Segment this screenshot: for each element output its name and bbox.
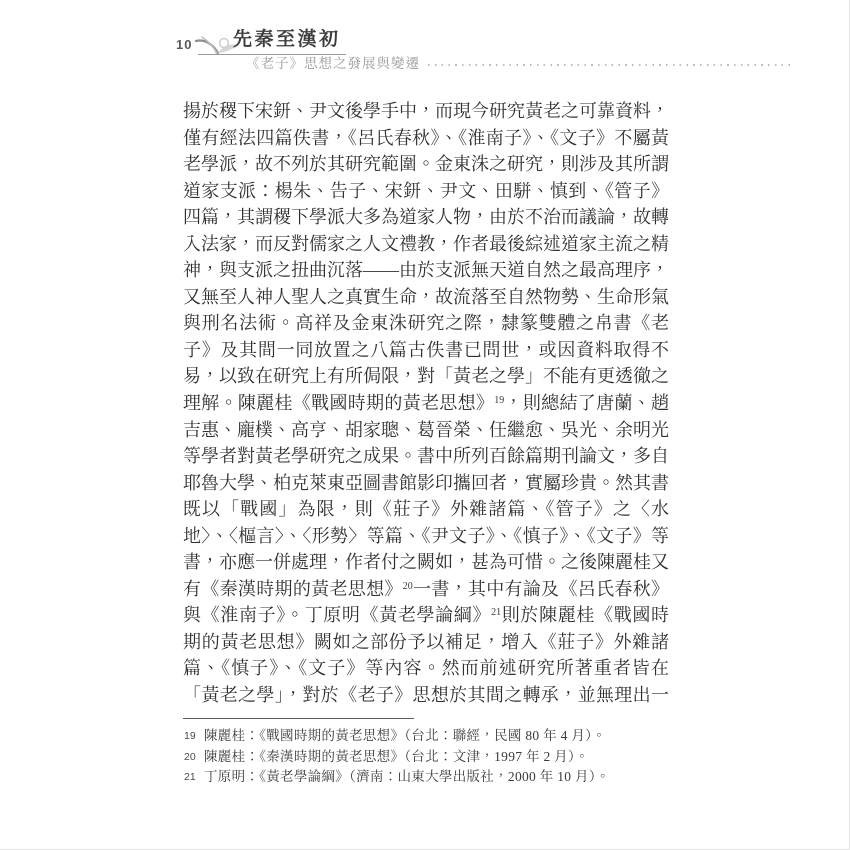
body-text-line: 地〉、〈樞言〉、〈形勢〉等篇、《尹文子》、《慎子》、《文子》等 — [183, 523, 669, 550]
chapter-title: 先秦至漢初 — [233, 29, 341, 51]
body-text-line: 等學者對黃老學研究之成果。書中所列百餘篇期刊論文，多自 — [183, 443, 669, 470]
body-text-line: 神，與支派之扭曲沉落——由於支派無天道自然之最高理序， — [183, 257, 669, 284]
dotted-leader-rule — [428, 64, 794, 66]
page-number: 10 — [176, 37, 192, 52]
book-subtitle: 《老子》思想之發展與變遷 — [246, 56, 420, 72]
footnote-separator-rule — [183, 718, 414, 719]
footnote-text: 丁原明：《黃老學論綱》（濟南：山東大學出版社，2000 年 10 月）。 — [204, 767, 684, 788]
body-text-line: 子》及其間一同放置之八篇古佚書已問世，或因資料取得不 — [183, 337, 669, 364]
footnotes-block: 19陳麗桂：《戰國時期的黃老思想》（台北：聯經，民國 80 年 4 月）。20陳… — [184, 726, 684, 788]
footnote-row: 21丁原明：《黃老學論綱》（濟南：山東大學出版社，2000 年 10 月）。 — [184, 767, 684, 788]
footnote-number: 21 — [184, 767, 204, 788]
footnote-reference: 19 — [494, 395, 504, 406]
body-text-line: 書，亦應一併處理，作者付之闕如，甚為可惜。之後陳麗桂又 — [183, 549, 669, 576]
body-text-line: 有《秦漢時期的黃老思想》20一書，其中有論及《呂氏春秋》 — [183, 576, 669, 603]
body-text-line: 易，以致在研究上有所侷限，對「黃老之學」不能有更透徹之 — [183, 363, 669, 390]
body-text-line: 篇、《慎子》、《文子》等內容。然而前述研究所著重者皆在 — [183, 655, 669, 682]
footnote-text: 陳麗桂：《秦漢時期的黃老思想》（台北：文津，1997 年 2 月）。 — [204, 747, 684, 768]
footnote-reference: 21 — [491, 607, 501, 618]
body-text-line: 既以「戰國」為限，則《莊子》外雜諸篇、《管子》之〈水 — [183, 496, 669, 523]
body-text-line: 四篇，其謂稷下學派大多為道家人物，由於不治而議論，故轉 — [183, 204, 669, 231]
body-text-line: 耶魯大學、柏克萊東亞圖書館影印攜回者，實屬珍貴。然其書 — [183, 470, 669, 497]
body-text-line: 吉惠、龐樸、高亨、胡家聰、葛晉榮、任繼愈、吳光、余明光 — [183, 417, 669, 444]
body-text-block: 揚於稷下宋鈃、尹文後學手中，而現今研究黃老之可靠資料，僅有經法四篇佚書，《呂氏春… — [183, 98, 669, 709]
footnote-reference: 20 — [403, 581, 413, 592]
title-underline-rule — [198, 54, 346, 55]
footnote-number: 19 — [184, 726, 204, 747]
book-page: 10 先秦至漢初 《老子》思想之發展與變遷 揚於稷下宋鈃、尹文後學手中，而現今研… — [0, 0, 850, 850]
footnote-row: 20陳麗桂：《秦漢時期的黃老思想》（台北：文津，1997 年 2 月）。 — [184, 747, 684, 768]
footnote-number: 20 — [184, 747, 204, 768]
body-text-line: 理解。陳麗桂《戰國時期的黃老思想》19，則總結了唐蘭、趙 — [183, 390, 669, 417]
footnote-text: 陳麗桂：《戰國時期的黃老思想》（台北：聯經，民國 80 年 4 月）。 — [204, 726, 684, 747]
body-text-line: 揚於稷下宋鈃、尹文後學手中，而現今研究黃老之可靠資料， — [183, 98, 669, 125]
body-text-line: 老學派，故不列於其研究範圍。金東洙之研究，則涉及其所謂 — [183, 151, 669, 178]
body-text-line: 與刑名法術。高祥及金東洙研究之際，隸篆雙體之帛書《老 — [183, 310, 669, 337]
body-text-line: 期的黃老思想》闕如之部份予以補足，增入《莊子》外雜諸 — [183, 629, 669, 656]
body-text-line: 入法家，而反對儒家之人文禮教，作者最後綜述道家主流之精 — [183, 231, 669, 258]
body-text-line: 僅有經法四篇佚書，《呂氏春秋》、《淮南子》、《文子》不屬黃 — [183, 125, 669, 152]
body-text-line: 與《淮南子》。丁原明《黃老學論綱》21則於陳麗桂《戰國時 — [183, 602, 669, 629]
body-text-line: 又無至人神人聖人之真實生命，故流落至自然物勢、生命形氣 — [183, 284, 669, 311]
body-text-line: 「黃老之學」，對於《老子》思想於其間之轉承，並無理出一 — [183, 682, 669, 709]
body-text-line: 道家支派：楊朱、告子、宋鈃、尹文、田駢、慎到、《管子》 — [183, 178, 669, 205]
footnote-row: 19陳麗桂：《戰國時期的黃老思想》（台北：聯經，民國 80 年 4 月）。 — [184, 726, 684, 747]
